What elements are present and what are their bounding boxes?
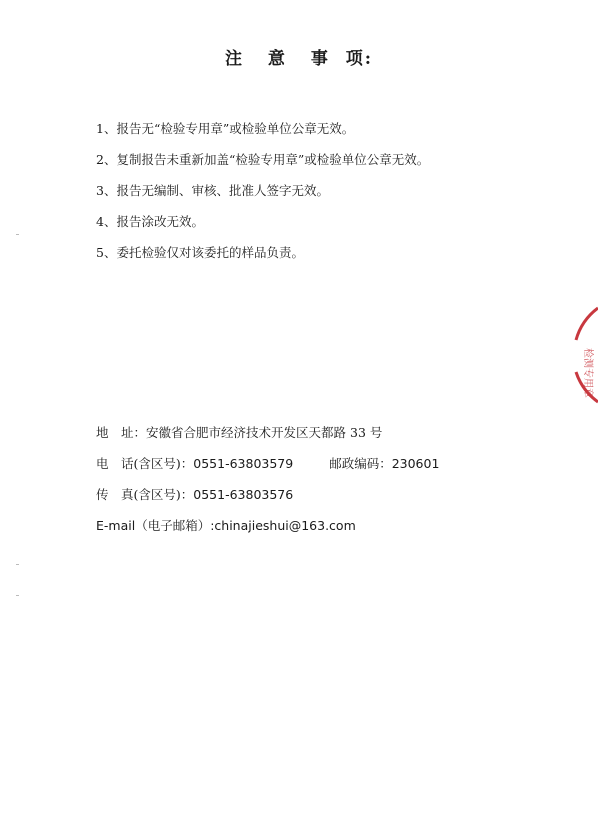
seal-stamp-icon: 检测专用章	[572, 300, 598, 410]
fax-label: 传 真(含区号)：	[96, 487, 193, 502]
notice-item-3: 3、报告无编制、审核、批准人签字无效。	[96, 183, 329, 199]
email-label: E-mail（电子邮箱）:	[96, 518, 214, 533]
postcode-label: 邮政编码：	[329, 456, 392, 471]
email-value: chinajieshui@163.com	[214, 518, 355, 533]
scan-mark	[16, 564, 19, 565]
title-char-2: 意	[268, 49, 287, 69]
title-char-4: 项:	[346, 49, 373, 69]
fax-value: 0551-63803576	[193, 487, 293, 502]
page-title: 注 意 事 项:	[0, 44, 598, 69]
notice-item-2: 2、复制报告未重新加盖“检验专用章”或检验单位公章无效。	[96, 152, 429, 168]
notice-item-1: 1、报告无“检验专用章”或检验单位公章无效。	[96, 121, 354, 137]
postcode-value: 230601	[392, 456, 440, 471]
title-char-3: 事	[311, 49, 330, 69]
title-char-1: 注	[225, 49, 244, 69]
notice-item-5: 5、委托检验仅对该委托的样品负责。	[96, 245, 304, 261]
address-value: 安徽省合肥市经济技术开发区天都路 33 号	[146, 425, 382, 440]
notice-item-4: 4、报告涂改无效。	[96, 214, 204, 230]
scan-mark	[16, 595, 19, 596]
phone-value: 0551-63803579	[193, 456, 293, 471]
svg-text:检测专用章: 检测专用章	[582, 348, 595, 398]
fax-line: 传 真(含区号)：0551-63803576	[96, 487, 293, 503]
address-line: 地 址：安徽省合肥市经济技术开发区天都路 33 号	[96, 425, 382, 441]
email-line: E-mail（电子邮箱）:chinajieshui@163.com	[96, 518, 356, 534]
address-label: 地 址：	[96, 425, 146, 440]
phone-line: 电 话(含区号)：0551-63803579 邮政编码：230601	[96, 456, 439, 472]
scan-mark	[16, 234, 19, 235]
phone-label: 电 话(含区号)：	[96, 456, 193, 471]
